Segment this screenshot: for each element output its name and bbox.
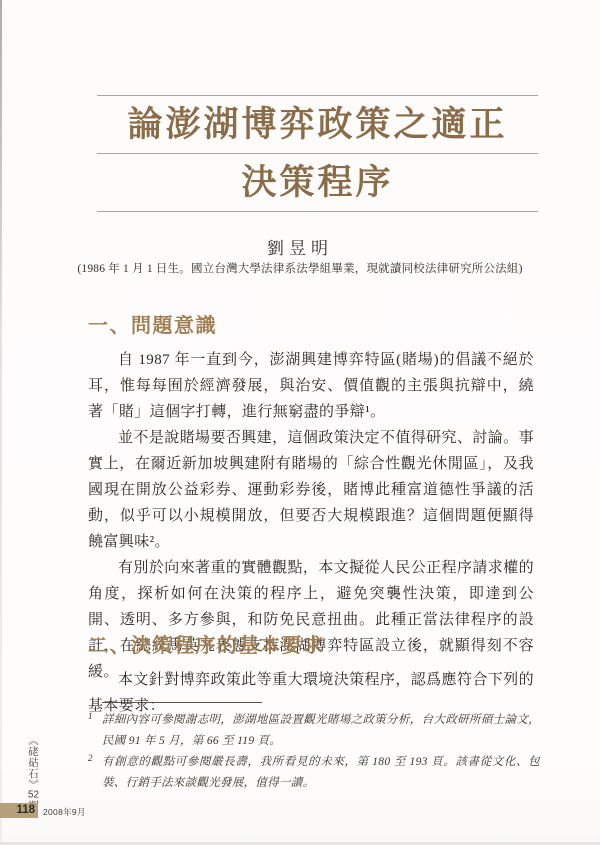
footnote-1-number: 1 xyxy=(88,710,102,752)
section-problem-awareness: 一、問題意識 自 1987 年一直到今，澎湖興建博弈特區(賭場)的倡議不絕於耳，… xyxy=(88,314,534,685)
footnote-1-text: 詳細內容可參閱謝志明，澎湖地區設置觀光賭場之政策分析，台大政研所碩士論文，民國 … xyxy=(102,710,540,752)
page-number: 118 xyxy=(16,805,35,817)
article-title-line-1: 論澎湖博弈政策之適正 xyxy=(97,96,538,153)
footnote-separator-rule xyxy=(102,702,262,703)
article-title-block: 論澎湖博弈政策之適正 決策程序 xyxy=(97,95,538,212)
author-bio: (1986 年 1 月 1 日生。國立台灣大學法律系法學組畢業，現就讀同校法律研… xyxy=(70,260,530,276)
journal-issue-number: 52 xyxy=(28,790,39,800)
section-1-paragraph-1: 自 1987 年一直到今，澎湖興建博弈特區(賭場)的倡議不絕於耳，惟每每囿於經濟… xyxy=(88,347,534,425)
footnotes-block: 1 詳細內容可參閱謝志明，澎湖地區設置觀光賭場之政策分析，台大政研所碩士論文，民… xyxy=(88,702,540,794)
page-number-badge: 118 xyxy=(0,803,38,818)
section-1-paragraph-2: 並不是說賭場要否興建，這個政策決定不值得研究、討論。事實上，在爾近新加坡興建附有… xyxy=(88,425,534,555)
footnote-1: 1 詳細內容可參閱謝志明，澎湖地區設置觀光賭場之政策分析，台大政研所碩士論文，民… xyxy=(88,710,540,752)
journal-name: 《硓𥑮石》 xyxy=(27,735,39,790)
scan-edge-left xyxy=(0,0,2,845)
footnote-2: 2 有創意的觀點可參閱嚴長壽，我所看見的未來，第 180 至 193 頁。該書從… xyxy=(88,752,540,794)
scanned-journal-page: 論澎湖博弈政策之適正 決策程序 劉昱明 (1986 年 1 月 1 日生。國立台… xyxy=(0,0,600,845)
section-2-heading: 二、決策程序的基本要求 xyxy=(88,634,534,658)
author-name: 劉昱明 xyxy=(75,234,525,259)
footnote-2-text: 有創意的觀點可參閱嚴長壽，我所看見的未來，第 180 至 193 頁。該書從文化… xyxy=(102,752,540,794)
section-1-heading: 一、問題意識 xyxy=(88,314,534,338)
footnote-2-number: 2 xyxy=(88,752,102,794)
title-rule-bottom xyxy=(97,211,538,212)
issue-date: 2008年9月 xyxy=(43,806,86,818)
article-title-line-2: 決策程序 xyxy=(97,154,538,211)
